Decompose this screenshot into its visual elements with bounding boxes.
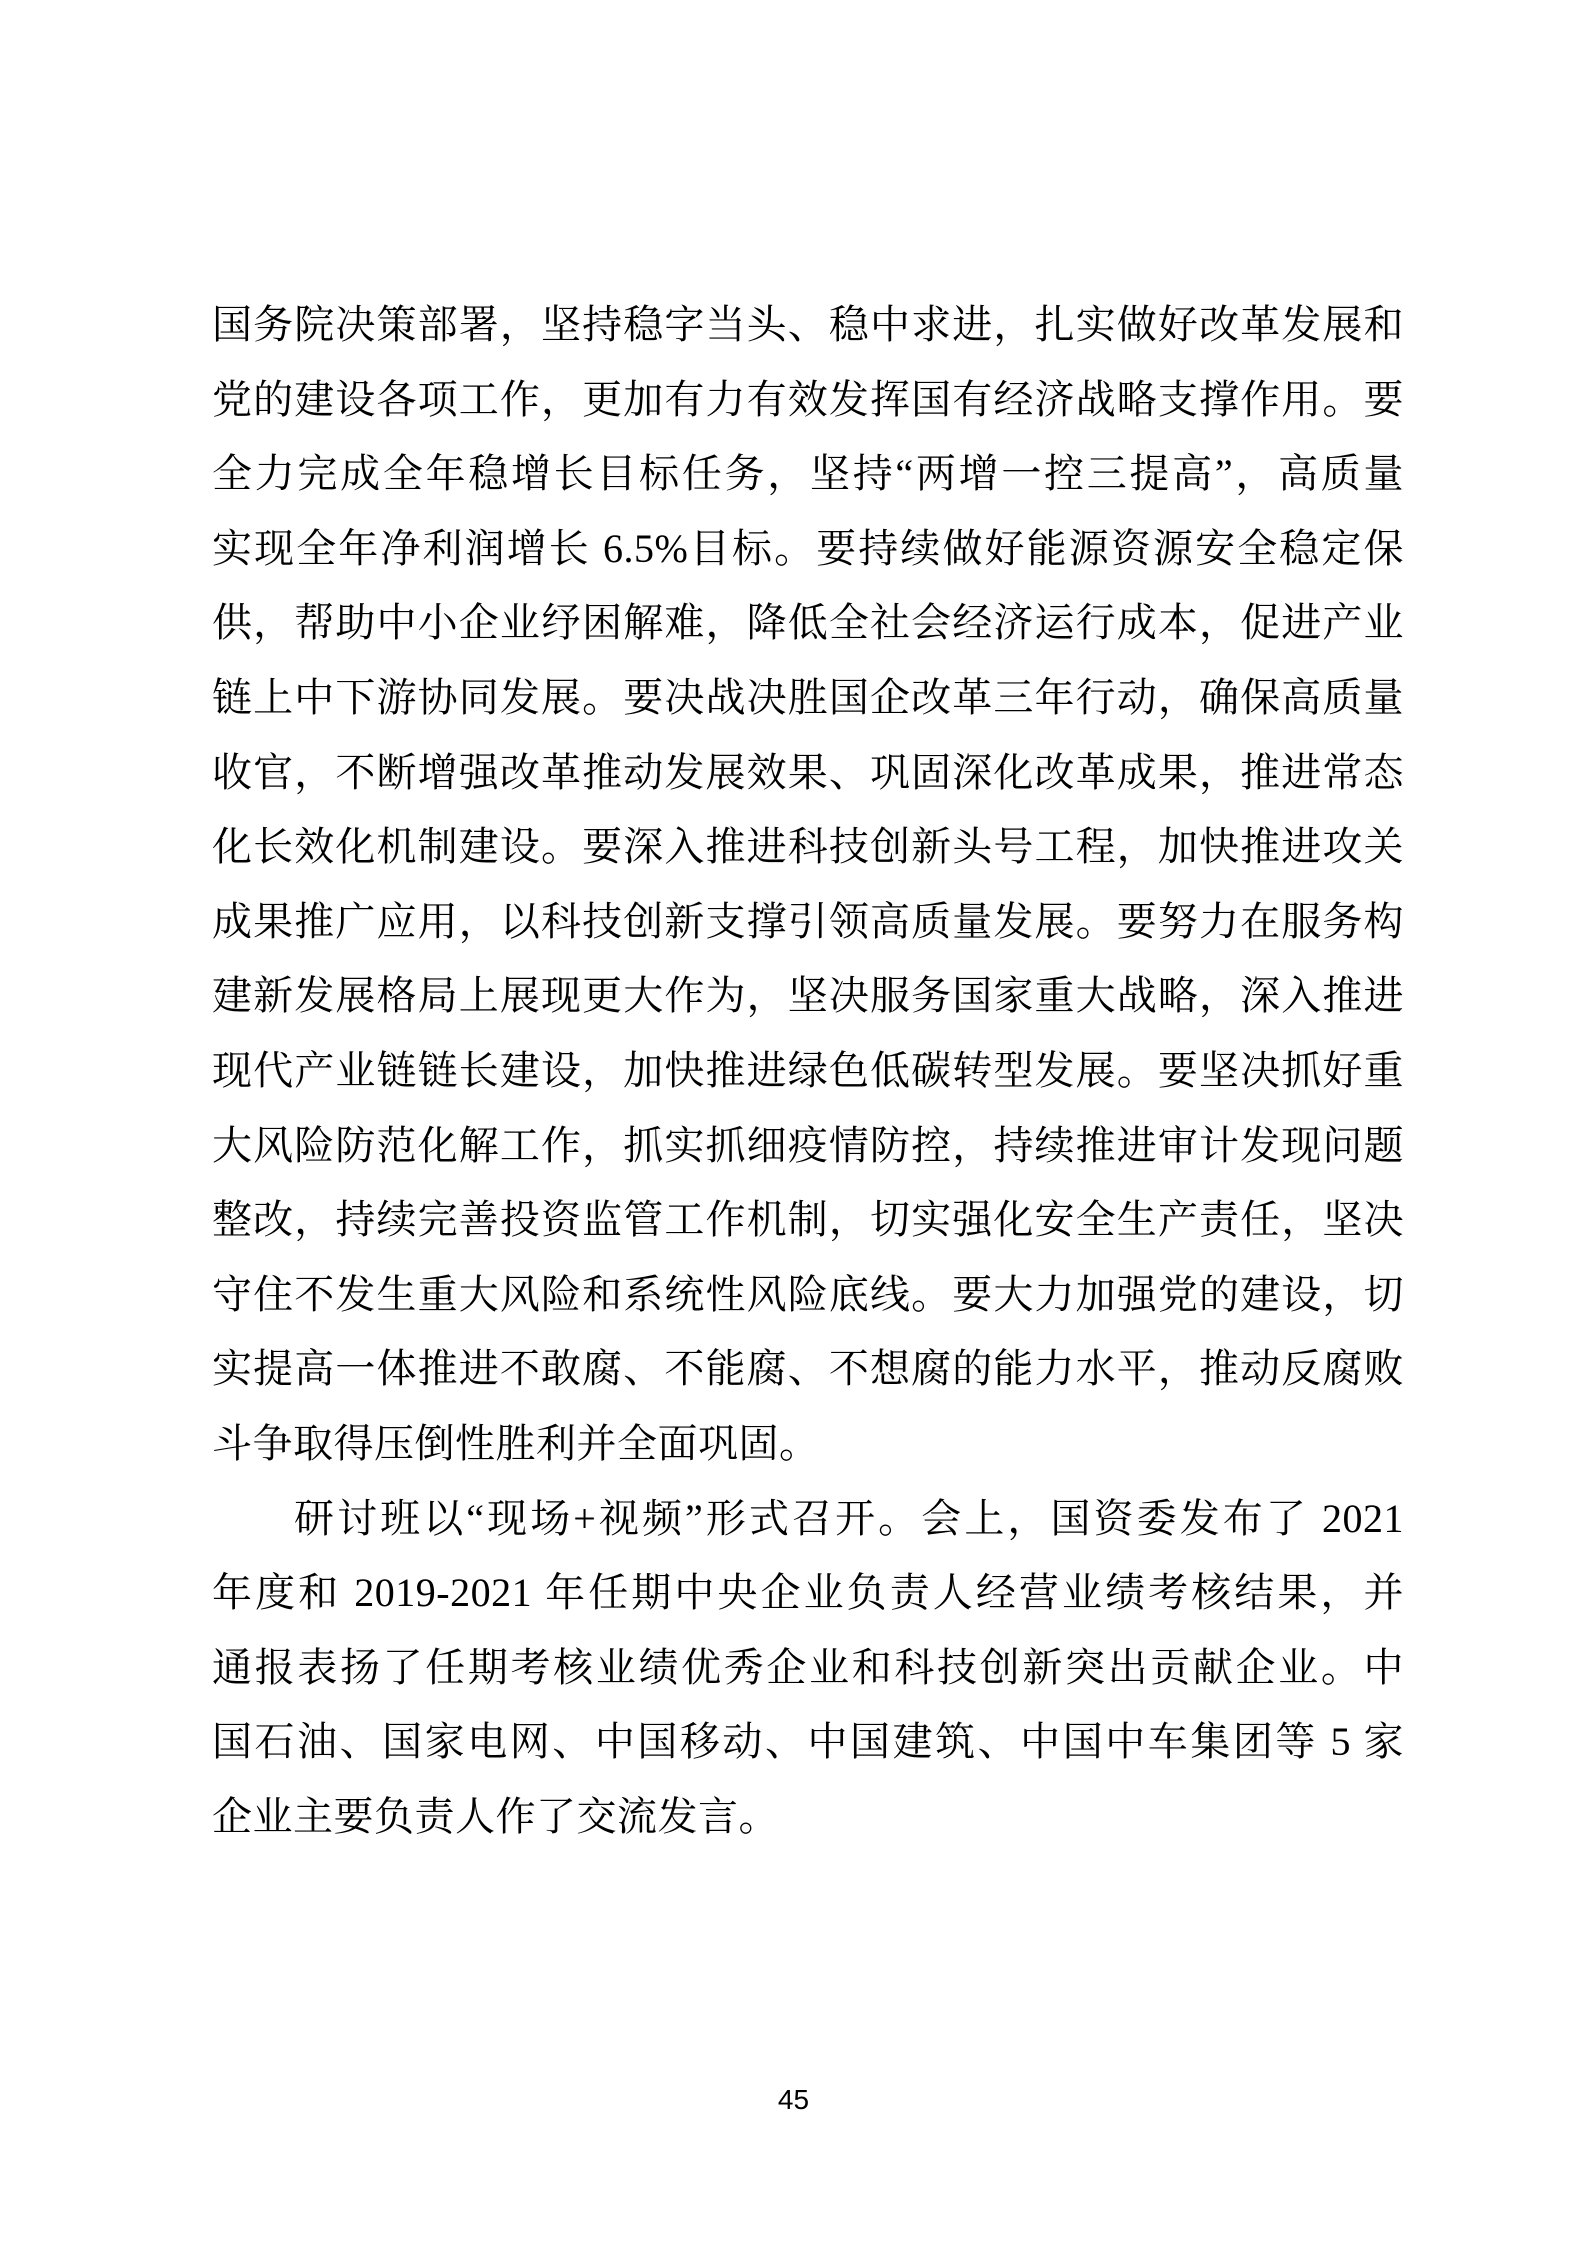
body-line: 建新发展格局上展现更大作为，坚决服务国家重大战略，深入推进 <box>212 959 1404 1034</box>
body-line: 供，帮助中小企业纾困解难，降低全社会经济运行成本，促进产业 <box>212 586 1404 661</box>
body-line: 党的建设各项工作，更加有力有效发挥国有经济战略支撑作用。要 <box>212 363 1404 438</box>
body-line: 链上中下游协同发展。要决战决胜国企改革三年行动，确保高质量 <box>212 661 1404 736</box>
body-line-paragraph-end: 企业主要负责人作了交流发言。 <box>212 1780 1404 1855</box>
body-line: 实提高一体推进不敢腐、不能腐、不想腐的能力水平，推动反腐败 <box>212 1332 1404 1407</box>
document-page: 国务院决策部署，坚持稳字当头、稳中求进，扎实做好改革发展和 党的建设各项工作，更… <box>0 0 1587 2245</box>
body-line: 现代产业链链长建设，加快推进绿色低碳转型发展。要坚决抓好重 <box>212 1034 1404 1109</box>
body-line: 实现全年净利润增长 6.5%目标。要持续做好能源资源安全稳定保 <box>212 512 1404 587</box>
body-line: 国务院决策部署，坚持稳字当头、稳中求进，扎实做好改革发展和 <box>212 288 1404 363</box>
page-number: 45 <box>0 2084 1587 2116</box>
body-line: 整改，持续完善投资监管工作机制，切实强化安全生产责任，坚决 <box>212 1183 1404 1258</box>
body-line: 守住不发生重大风险和系统性风险底线。要大力加强党的建设，切 <box>212 1258 1404 1333</box>
body-line: 收官，不断增强改革推动发展效果、巩固深化改革成果，推进常态 <box>212 736 1404 811</box>
body-line: 国石油、国家电网、中国移动、中国建筑、中国中车集团等 5 家 <box>212 1705 1404 1780</box>
body-line: 成果推广应用，以科技创新支撑引领高质量发展。要努力在服务构 <box>212 885 1404 960</box>
body-line: 全力完成全年稳增长目标任务，坚持“两增一控三提高”，高质量 <box>212 437 1404 512</box>
body-line-paragraph-end: 斗争取得压倒性胜利并全面巩固。 <box>212 1407 1404 1482</box>
page-body-text: 国务院决策部署，坚持稳字当头、稳中求进，扎实做好改革发展和 党的建设各项工作，更… <box>212 288 1404 1854</box>
body-line: 大风险防范化解工作，抓实抓细疫情防控，持续推进审计发现问题 <box>212 1109 1404 1184</box>
body-line: 化长效化机制建设。要深入推进科技创新头号工程，加快推进攻关 <box>212 810 1404 885</box>
body-line: 通报表扬了任期考核业绩优秀企业和科技创新突出贡献企业。中 <box>212 1631 1404 1706</box>
body-line: 年度和 2019-2021 年任期中央企业负责人经营业绩考核结果，并 <box>212 1556 1404 1631</box>
body-line-paragraph-start: 研讨班以“现场+视频”形式召开。会上，国资委发布了 2021 <box>212 1482 1404 1557</box>
